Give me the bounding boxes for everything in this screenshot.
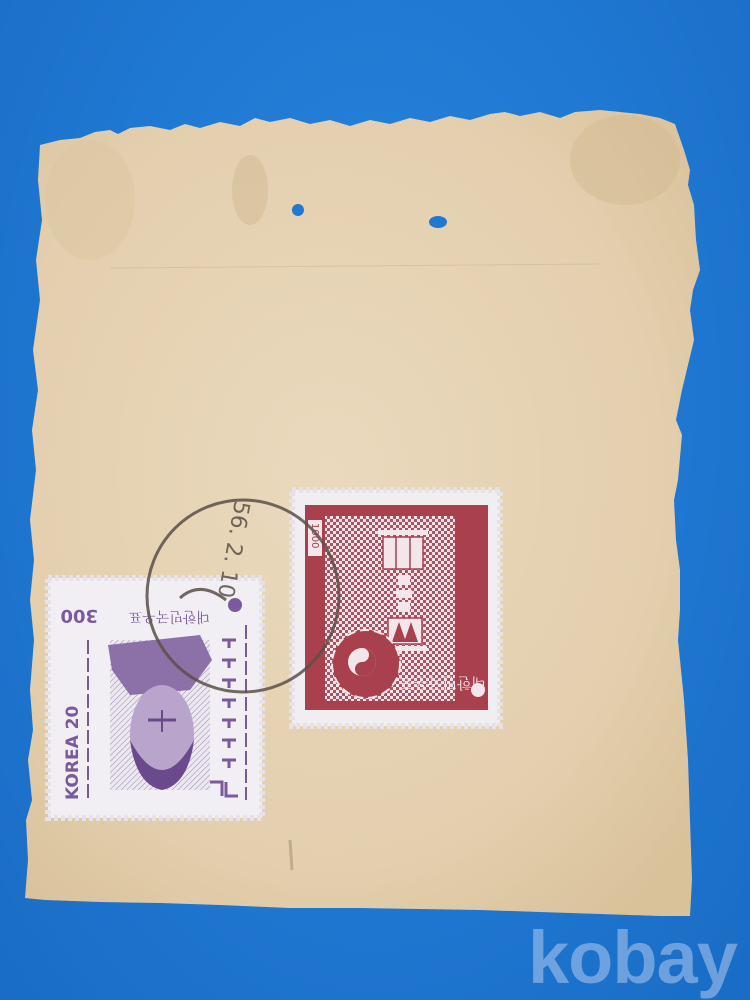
purple-stamp-denomination: 300 <box>60 605 98 626</box>
paper-hole <box>429 216 447 228</box>
stain <box>570 115 680 205</box>
purple-stamp: KOREA 20 300 대한민국우표 <box>48 578 262 818</box>
photo-scene: 대한민국우표 1000 KOREA 20 300 대한민국우표 <box>0 0 750 1000</box>
red-stamp-country-text: 대한민국우표 <box>399 674 486 692</box>
purple-stamp-romanized: KOREA 20 <box>63 706 83 800</box>
scene-graphic: 대한민국우표 1000 KOREA 20 300 대한민국우표 <box>0 0 750 1000</box>
red-stamp: 대한민국우표 1000 <box>292 490 500 726</box>
stain <box>232 155 268 225</box>
purple-stamp-country-text: 대한민국우표 <box>128 608 210 625</box>
stain <box>45 140 135 260</box>
paper-hole <box>292 204 304 216</box>
kobay-watermark: kobay <box>528 915 750 1000</box>
